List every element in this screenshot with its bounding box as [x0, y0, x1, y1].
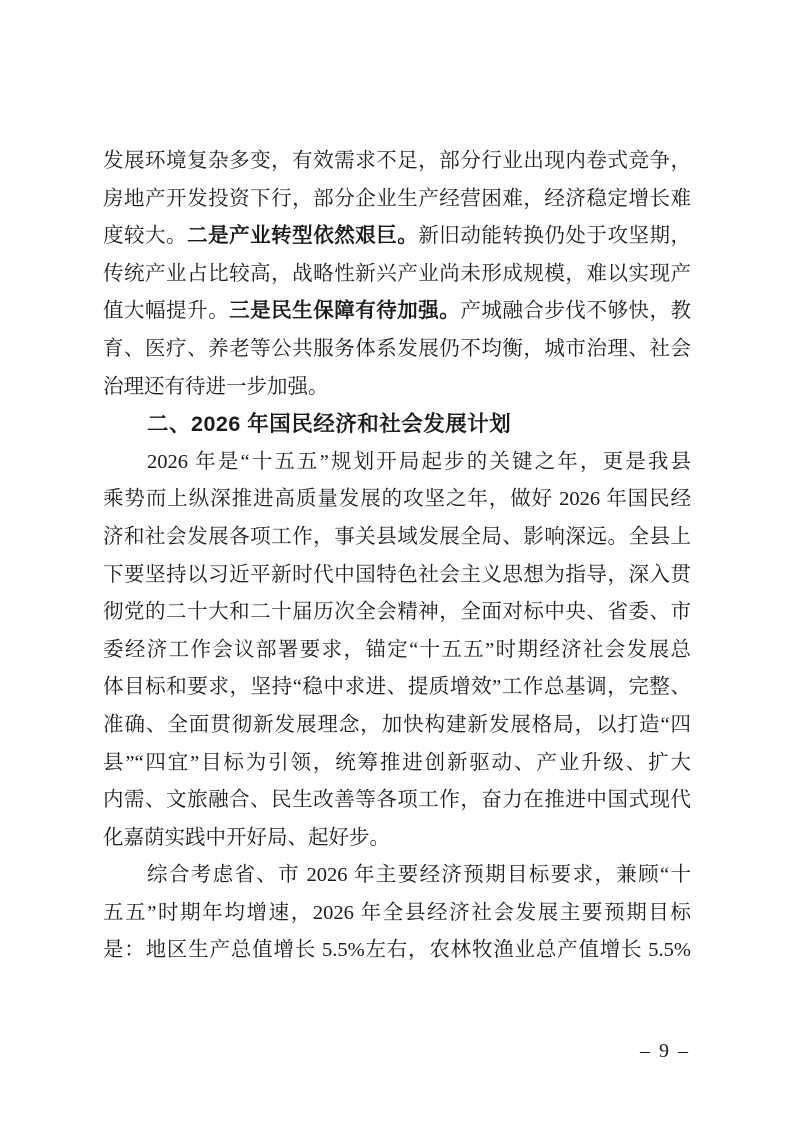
- body-text: 治理还有待进一步加强。: [103, 376, 329, 398]
- emphasis-text: 二、2026 年国民经济和社会发展计划: [147, 412, 511, 436]
- body-text: 彻党的二十大和二十届历次全会精神，全面对标中央、省委、市: [103, 601, 691, 623]
- section-heading: 二、2026 年国民经济和社会发展计划: [103, 406, 691, 444]
- text-line: 五五”时期年均增速，2026 年全县经济社会发展主要预期目标: [103, 895, 691, 933]
- body-text: 度较大。: [103, 225, 187, 247]
- text-line: 彻党的二十大和二十届历次全会精神，全面对标中央、省委、市: [103, 594, 691, 632]
- body-text: 2026 年是“十五五”规划开局起步的关键之年，更是我县: [147, 451, 691, 473]
- body-text: 委经济工作会议部署要求，锚定“十五五”时期经济社会发展总: [103, 639, 691, 661]
- text-line: 济和社会发展各项工作，事关县域发展全局、影响深远。全县上: [103, 519, 691, 557]
- body-text: 是：地区生产总值增长 5.5%左右，农林牧渔业总产值增长 5.5%: [103, 939, 691, 961]
- body-text: 房地产开发投资下行，部分企业生产经营困难，经济稳定增长难: [103, 188, 691, 210]
- text-line: 度较大。二是产业转型依然艰巨。新旧动能转换仍处于攻坚期，: [103, 218, 691, 256]
- body-text: 内需、文旅融合、民生改善等各项工作，奋力在推进中国式现代: [103, 789, 691, 811]
- text-line: 治理还有待进一步加强。: [103, 369, 691, 407]
- document-body: 发展环境复杂多变，有效需求不足，部分行业出现内卷式竞争，房地产开发投资下行，部分…: [103, 143, 691, 970]
- body-text: 准确、全面贯彻新发展理念，加快构建新发展格局，以打造“四: [103, 714, 691, 736]
- text-line: 是：地区生产总值增长 5.5%左右，农林牧渔业总产值增长 5.5%: [103, 932, 691, 970]
- text-line: 2026 年是“十五五”规划开局起步的关键之年，更是我县: [103, 444, 691, 482]
- body-text: 传统产业占比较高，战略性新兴产业尚未形成规模，难以实现产: [103, 263, 691, 285]
- text-line: 委经济工作会议部署要求，锚定“十五五”时期经济社会发展总: [103, 632, 691, 670]
- text-line: 化嘉荫实践中开好局、起好步。: [103, 820, 691, 858]
- body-text: 体目标和要求，坚持“稳中求进、提质增效”工作总基调，完整、: [103, 676, 691, 698]
- body-text: 新旧动能转换仍处于攻坚期，: [418, 225, 691, 247]
- body-text: 值大幅提升。: [103, 300, 229, 322]
- text-line: 内需、文旅融合、民生改善等各项工作，奋力在推进中国式现代: [103, 782, 691, 820]
- body-text: 乘势而上纵深推进高质量发展的攻坚之年，做好 2026 年国民经: [103, 488, 691, 510]
- body-text: 济和社会发展各项工作，事关县域发展全局、影响深远。全县上: [103, 526, 691, 548]
- page-number: – 9 –: [640, 1040, 690, 1063]
- text-line: 下要坚持以习近平新时代中国特色社会主义思想为指导，深入贯: [103, 557, 691, 595]
- text-line: 体目标和要求，坚持“稳中求进、提质增效”工作总基调，完整、: [103, 669, 691, 707]
- body-text: 育、医疗、养老等公共服务体系发展仍不均衡，城市治理、社会: [103, 338, 691, 360]
- emphasis-text: 二是产业转型依然艰巨。: [187, 225, 418, 247]
- text-line: 值大幅提升。三是民生保障有待加强。产城融合步伐不够快，教: [103, 293, 691, 331]
- text-line: 房地产开发投资下行，部分企业生产经营困难，经济稳定增长难: [103, 181, 691, 219]
- text-line: 县”“四宜”目标为引领，统筹推进创新驱动、产业升级、扩大: [103, 745, 691, 783]
- body-text: 五五”时期年均增速，2026 年全县经济社会发展主要预期目标: [103, 902, 691, 924]
- text-line: 传统产业占比较高，战略性新兴产业尚未形成规模，难以实现产: [103, 256, 691, 294]
- body-text: 产城融合步伐不够快，教: [460, 300, 691, 322]
- body-text: 发展环境复杂多变，有效需求不足，部分行业出现内卷式竞争，: [103, 150, 691, 172]
- body-text: 下要坚持以习近平新时代中国特色社会主义思想为指导，深入贯: [103, 564, 691, 586]
- text-line: 乘势而上纵深推进高质量发展的攻坚之年，做好 2026 年国民经: [103, 481, 691, 519]
- body-text: 县”“四宜”目标为引领，统筹推进创新驱动、产业升级、扩大: [103, 752, 691, 774]
- text-line: 发展环境复杂多变，有效需求不足，部分行业出现内卷式竞争，: [103, 143, 691, 181]
- body-text: 综合考虑省、市 2026 年主要经济预期目标要求，兼顾“十: [147, 864, 691, 886]
- emphasis-text: 三是民生保障有待加强。: [229, 300, 460, 322]
- text-line: 综合考虑省、市 2026 年主要经济预期目标要求，兼顾“十: [103, 857, 691, 895]
- document-page: 发展环境复杂多变，有效需求不足，部分行业出现内卷式竞争，房地产开发投资下行，部分…: [0, 0, 793, 1122]
- body-text: 化嘉荫实践中开好局、起好步。: [103, 827, 390, 849]
- text-line: 育、医疗、养老等公共服务体系发展仍不均衡，城市治理、社会: [103, 331, 691, 369]
- text-line: 准确、全面贯彻新发展理念，加快构建新发展格局，以打造“四: [103, 707, 691, 745]
